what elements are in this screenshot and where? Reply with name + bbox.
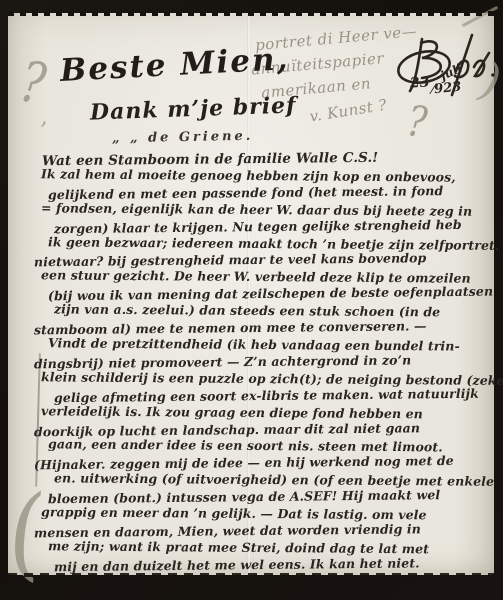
pencil-corner-stroke xyxy=(462,6,499,27)
greeting: Beste Mien, xyxy=(59,41,290,89)
letter-body: Wat een Stamboom in de familie Walle C.S… xyxy=(34,151,478,574)
pencil-tick-mark: ’ xyxy=(40,119,47,144)
letter-paper: portret di Heer ve— annuïteitspapier ame… xyxy=(8,13,494,575)
date-day: 23 xyxy=(409,74,430,91)
date-year: ⁄923 xyxy=(431,80,462,98)
opening-ditto-line: „ „ de Griene. xyxy=(112,129,254,146)
photo-edge-serration-bottom xyxy=(8,573,494,577)
photo-mount: portret di Heer ve— annuïteitspapier ame… xyxy=(0,0,503,600)
pencil-question-mark-left: ? xyxy=(16,50,50,118)
photo-edge-serration-top xyxy=(8,11,494,16)
